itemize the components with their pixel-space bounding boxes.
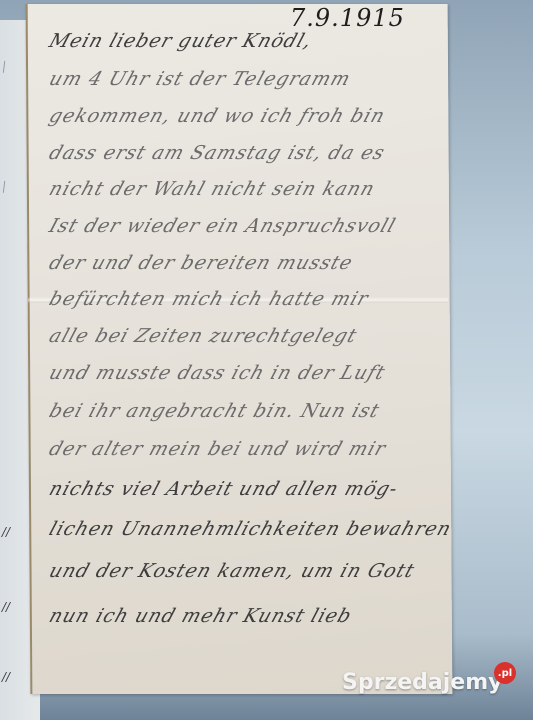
letter-line: alle bei Zeiten zurechtgelegt bbox=[46, 325, 453, 347]
letter-line: der und der bereiten musste bbox=[46, 252, 453, 274]
letter-line: dass erst am Samstag ist, da es bbox=[46, 142, 453, 164]
letter-line: nicht der Wahl nicht sein kann bbox=[46, 178, 453, 200]
letter-line: nichts viel Arbeit und allen mög- bbox=[46, 478, 453, 500]
letter-date: 7.9.1915 bbox=[290, 4, 405, 32]
letter-line: gekommen, und wo ich froh bin bbox=[46, 105, 453, 127]
letter-line: bei ihr angebracht bin. Nun ist bbox=[46, 400, 453, 422]
letter-line: Mein lieber guter Knödl, bbox=[46, 30, 453, 52]
letter-line: nun ich und mehr Kunst lieb bbox=[46, 605, 453, 627]
letter-line: befürchten mich ich hatte mir bbox=[46, 288, 453, 310]
underlying-ink-mark: // bbox=[2, 600, 10, 614]
watermark-text: Sprzedajemy bbox=[342, 670, 503, 695]
underlying-ink-mark: // bbox=[2, 670, 10, 684]
watermark-badge: .pl bbox=[494, 662, 516, 684]
letter-line: um 4 Uhr ist der Telegramm bbox=[46, 68, 453, 90]
letter-line: der alter mein bei und wird mir bbox=[46, 438, 453, 460]
letter-line: und musste dass ich in der Luft bbox=[46, 362, 453, 384]
underlying-ink-mark: // bbox=[2, 525, 10, 539]
letter-line: lichen Unannehmlichkeiten bewahren bbox=[46, 518, 453, 540]
letter-line: Ist der wieder ein Anspruchsvoll bbox=[46, 215, 453, 237]
letter-line: und der Kosten kamen, um in Gott bbox=[46, 560, 453, 582]
